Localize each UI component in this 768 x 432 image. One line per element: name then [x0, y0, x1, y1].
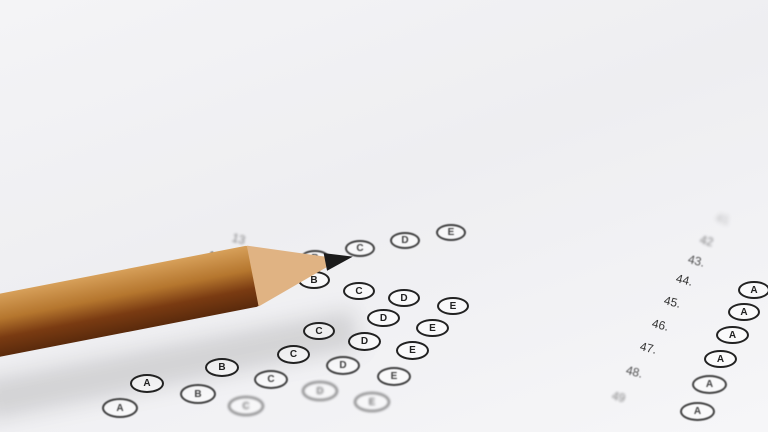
- bubble-a: A: [680, 402, 715, 421]
- bubble-d: D: [367, 309, 400, 327]
- bubble-d: D: [326, 356, 360, 375]
- question-number: 49: [611, 389, 627, 406]
- question-number: 48.: [625, 363, 645, 381]
- bubble-e: E: [436, 224, 466, 241]
- question-number: 41: [715, 211, 731, 228]
- question-number: 47.: [639, 339, 659, 357]
- bubble-a: A: [692, 375, 727, 394]
- bubble-e: E: [396, 341, 429, 360]
- question-number: 46.: [651, 316, 671, 334]
- bubble-e: E: [354, 392, 390, 412]
- bubble-a: A: [738, 281, 768, 299]
- question-number: 13: [231, 231, 247, 248]
- pencil-lead: [324, 248, 355, 271]
- bubble-e: E: [416, 319, 449, 337]
- bubble-c: C: [228, 396, 264, 416]
- bubble-c: C: [254, 370, 288, 389]
- bubble-d: D: [348, 332, 381, 351]
- bubble-d: D: [302, 381, 338, 401]
- answer-sheet-photo: 13 14. 15. 16 A B C D E B C D E C D E C …: [0, 0, 768, 432]
- bubble-b: B: [205, 358, 239, 377]
- bubble-e: E: [377, 367, 411, 386]
- bubble-a: A: [728, 303, 760, 321]
- question-number: 43.: [687, 252, 707, 270]
- question-number: 44.: [675, 271, 695, 289]
- bubble-a: A: [102, 398, 138, 418]
- bubble-d: D: [390, 232, 420, 249]
- bubble-d: D: [388, 289, 420, 307]
- bubble-e: E: [437, 297, 469, 315]
- bubble-a: A: [130, 374, 164, 393]
- question-number: 45.: [663, 293, 683, 311]
- question-number: 42: [699, 233, 715, 250]
- bubble-a: A: [716, 326, 749, 344]
- bubble-c: C: [277, 345, 310, 364]
- bubble-a: A: [704, 350, 737, 368]
- bubble-b: B: [180, 384, 216, 404]
- bubble-c: C: [303, 322, 335, 340]
